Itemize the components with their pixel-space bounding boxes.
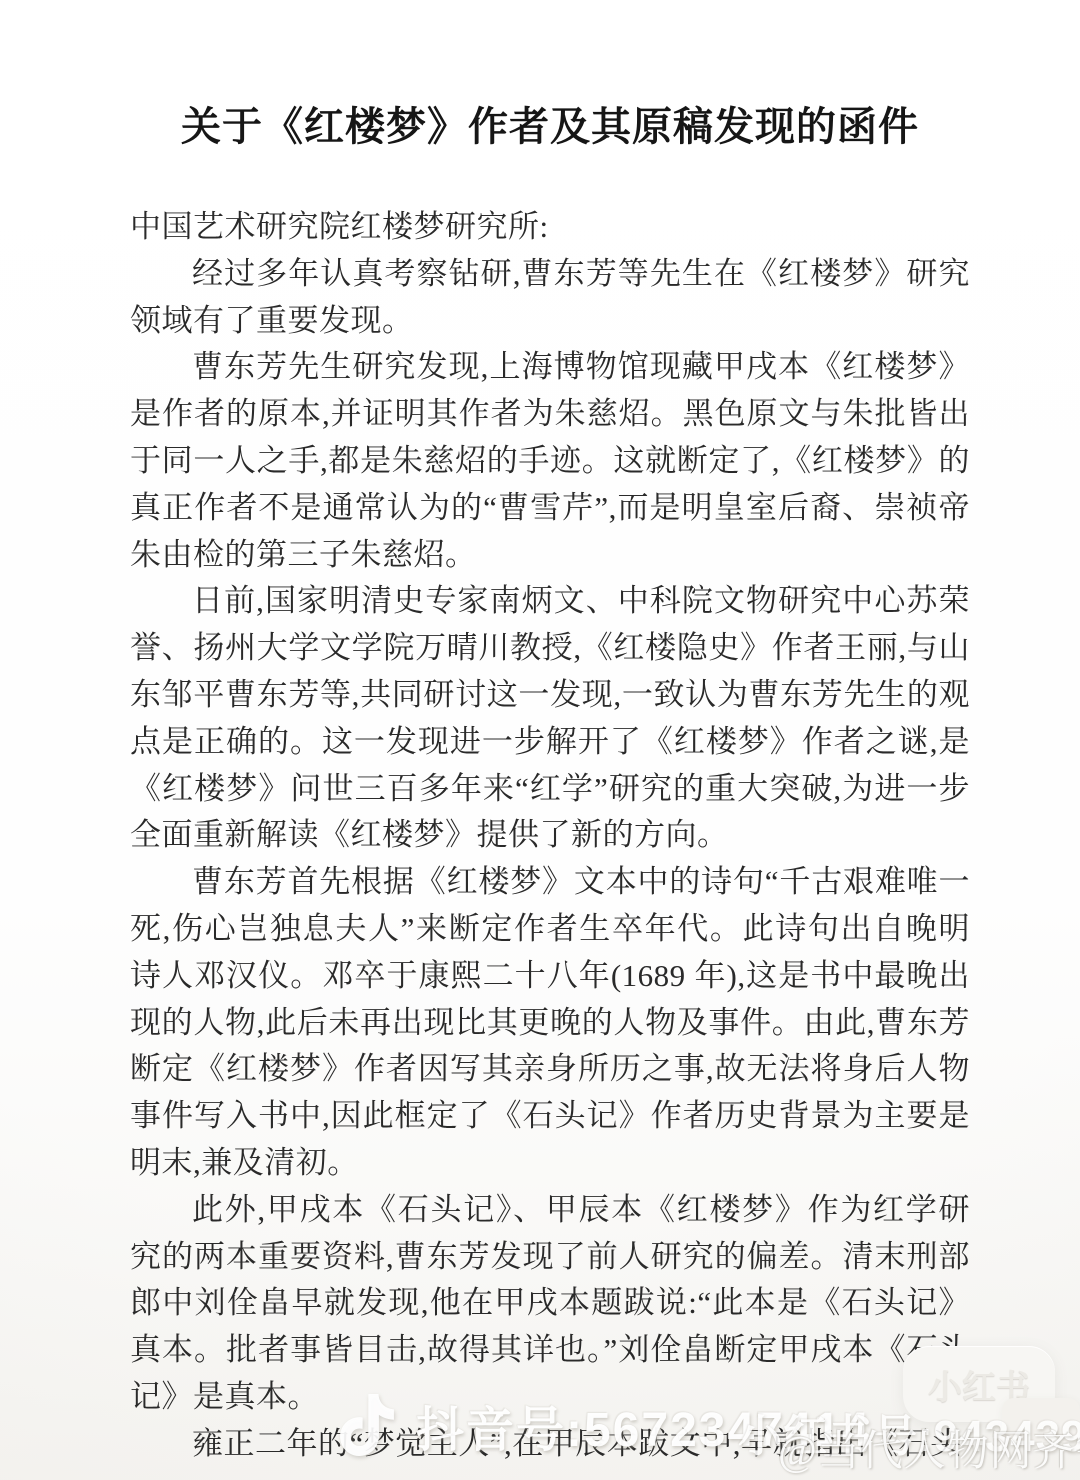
- paragraph: 日前,国家明清史专家南炳文、中科院文物研究中心苏荣誉、扬州大学文学院万晴川教授,…: [130, 578, 970, 859]
- letter-content: 关于《红楼梦》作者及其原稿发现的函件 中国艺术研究院红楼梦研究所: 经过多年认真…: [130, 100, 970, 1468]
- paragraph: 曹东芳首先根据《红楼梦》文本中的诗句“千古艰难唯一死,伤心岂独息夫人”来断定作者…: [130, 859, 970, 1187]
- xiaohongshu-badge-small: [1002, 1398, 1080, 1442]
- salutation-line: 中国艺术研究院红楼梦研究所:: [130, 204, 970, 251]
- paragraph: 此外,甲戌本《石头记》、甲辰本《红楼梦》作为红学研究的两本重要资料,曹东芳发现了…: [130, 1187, 970, 1421]
- letter-body: 中国艺术研究院红楼梦研究所: 经过多年认真考察钻研,曹东芳等先生在《红楼梦》研究…: [130, 204, 970, 1468]
- paragraph: 曹东芳先生研究发现,上海博物馆现藏甲戌本《红楼梦》是作者的原本,并证明其作者为朱…: [130, 344, 970, 578]
- page-title: 关于《红楼梦》作者及其原稿发现的函件: [130, 100, 970, 154]
- paragraph: 雍正二年的“梦觉主人”,在甲辰本跋文中,早就指出《石头: [130, 1421, 970, 1468]
- paragraph: 经过多年认真考察钻研,曹东芳等先生在《红楼梦》研究领域有了重要发现。: [130, 251, 970, 345]
- document-page: 关于《红楼梦》作者及其原稿发现的函件 中国艺术研究院红楼梦研究所: 经过多年认真…: [0, 0, 1080, 1480]
